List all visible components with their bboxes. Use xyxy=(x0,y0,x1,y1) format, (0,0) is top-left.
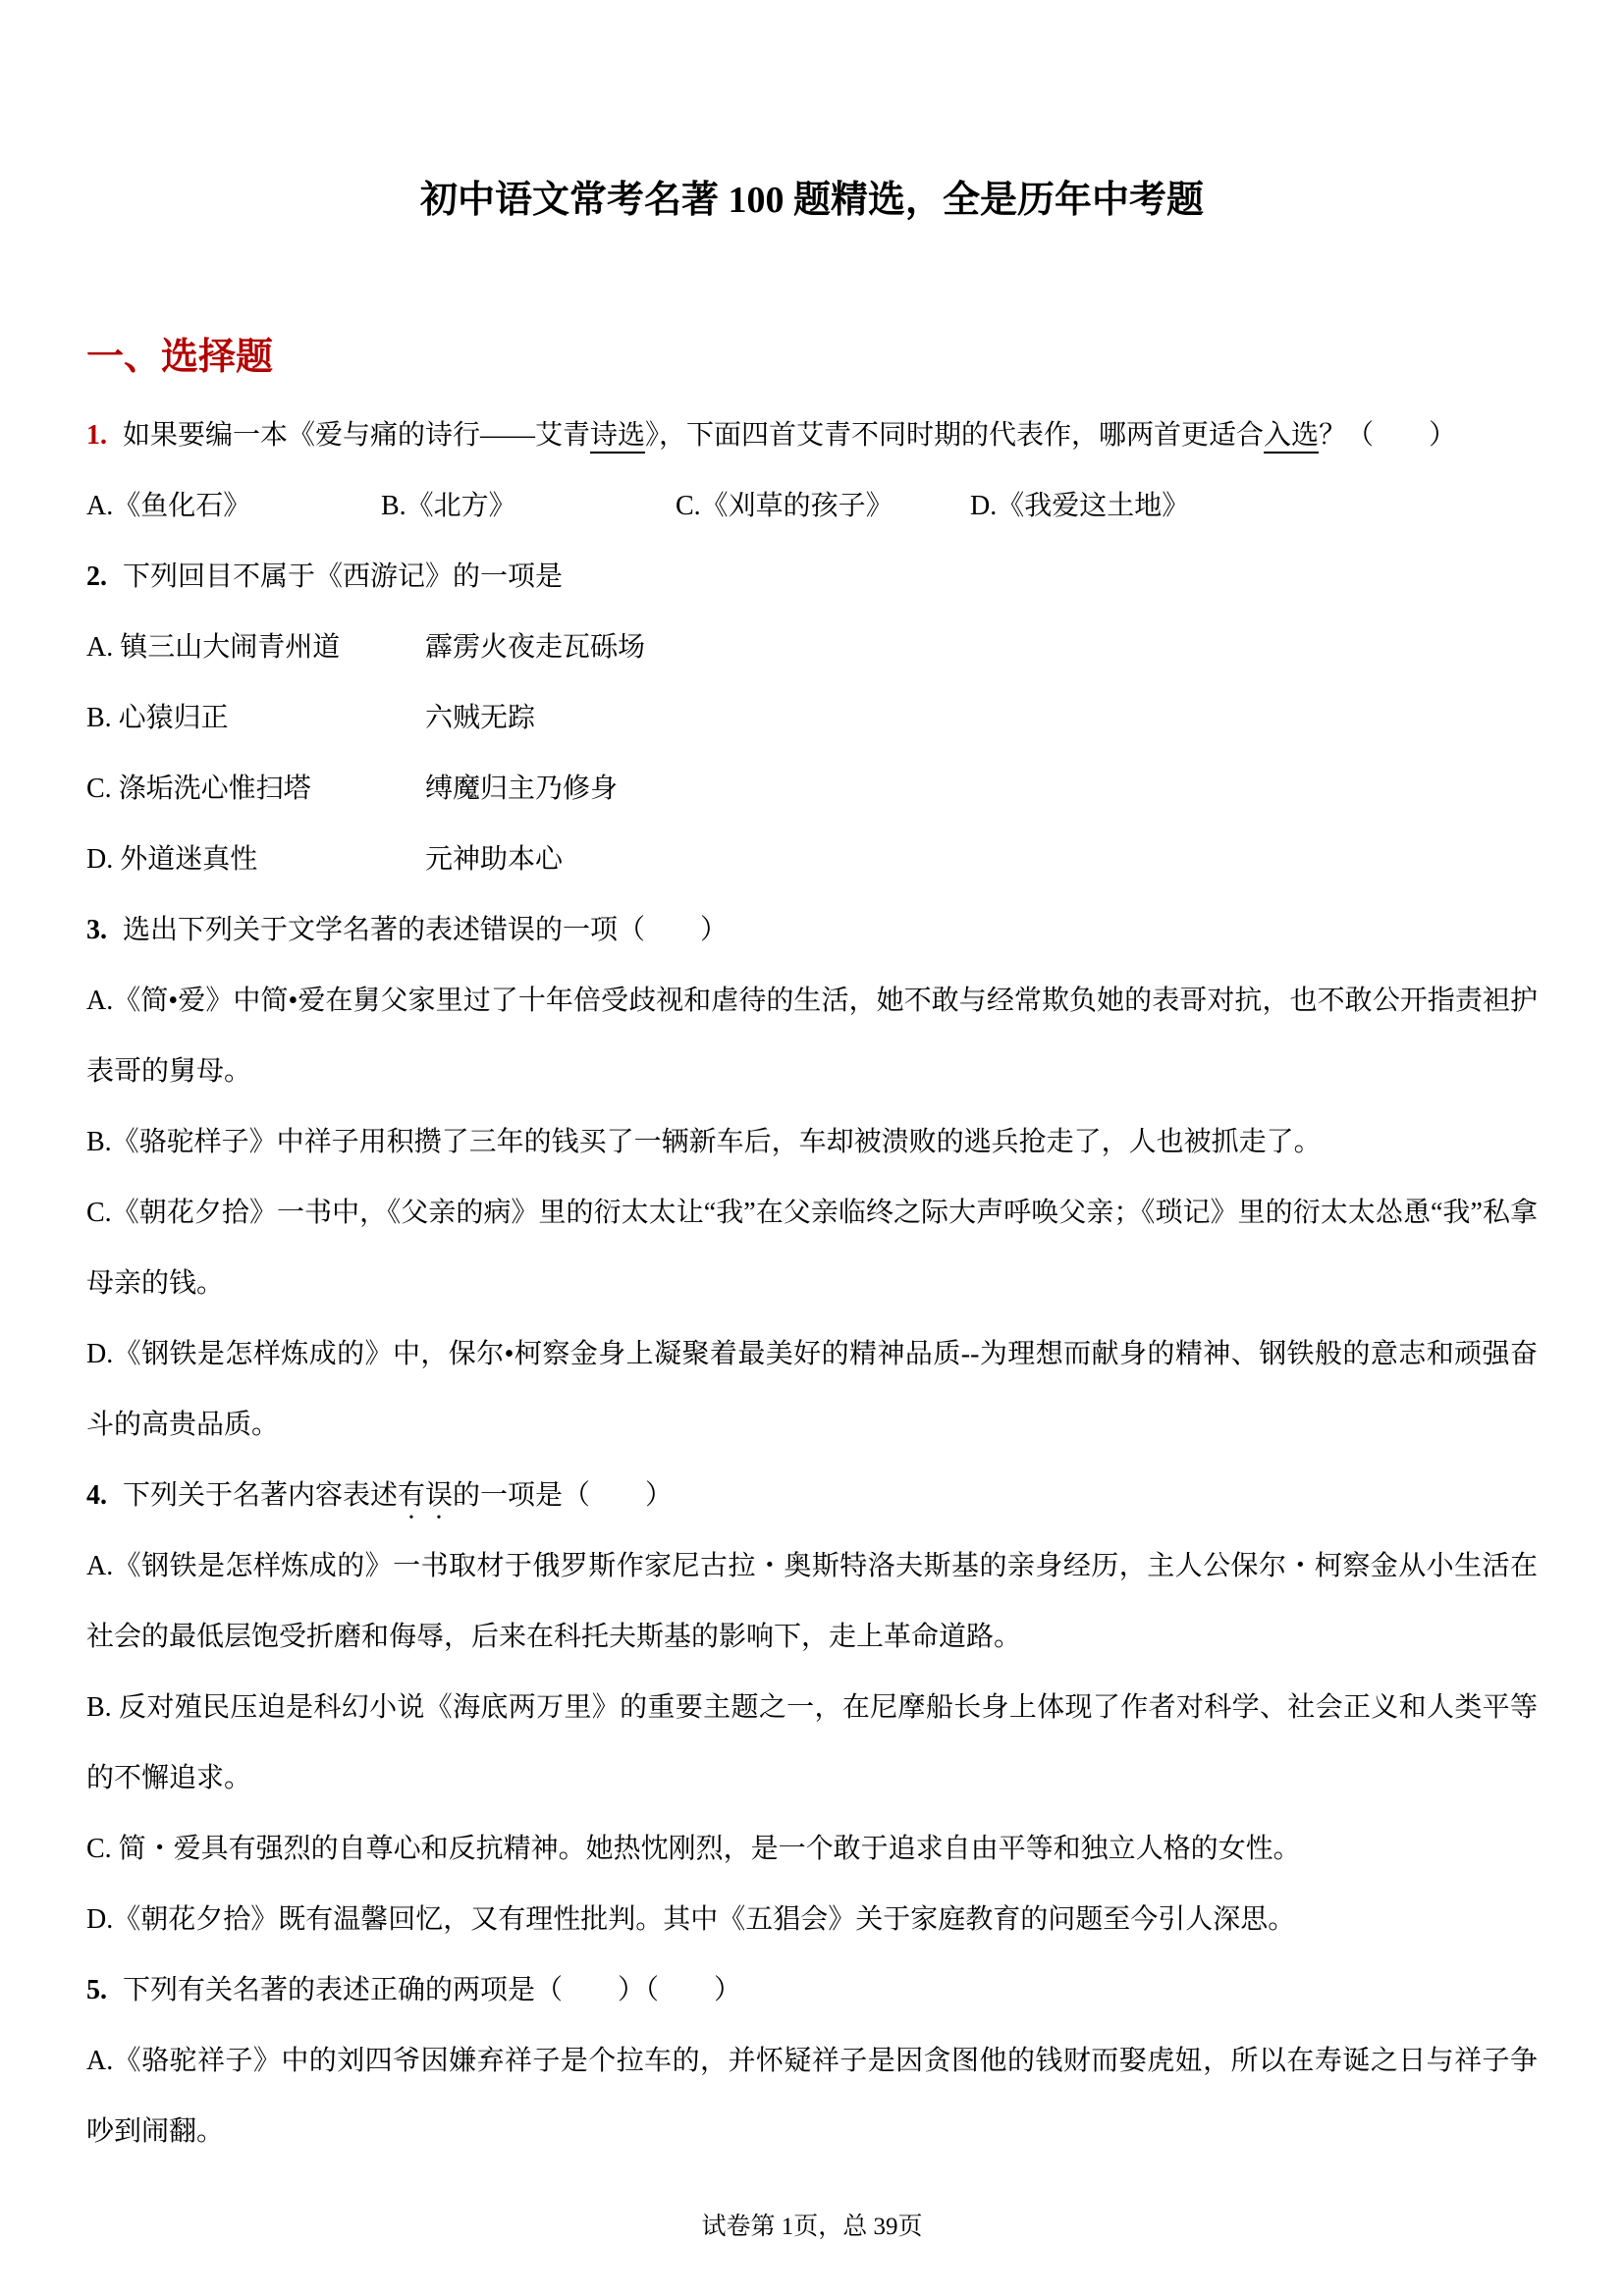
question-2-option-b-right: 六贼无踪 xyxy=(425,703,535,733)
section-heading: 一、选择题 xyxy=(86,337,1538,380)
question-3-option-c: C.《朝花夕拾》一书中，《父亲的病》里的衍太太让“我”在父亲临终之际大声呼唤父亲… xyxy=(86,1178,1538,1319)
question-5-stem: 5.下列有关名著的表述正确的两项是（ ）（ ） xyxy=(86,1955,1538,2026)
page-footer: 试卷第 1页，总 39页 xyxy=(0,2213,1624,2242)
question-1-option-b: B.《北方》 xyxy=(381,471,676,542)
question-2-stem: 2.下列回目不属于《西游记》的一项是 xyxy=(86,542,1538,613)
question-3-option-a: A.《简•爱》中简•爱在舅父家里过了十年倍受歧视和虐待的生活，她不敢与经常欺负她… xyxy=(86,966,1538,1107)
question-1-option-d: D.《我爱这土地》 xyxy=(970,471,1189,542)
question-2-option-b-left: B. 心猿归正 xyxy=(86,683,425,754)
question-4-number: 4. xyxy=(86,1480,107,1511)
question-2-option-c-left: C. 涤垢洗心惟扫塔 xyxy=(86,754,425,825)
question-4-option-c: C. 简・爱具有强烈的自尊心和反抗精神。她热忱刚烈，是一个敢于追求自由平等和独立… xyxy=(86,1814,1538,1885)
question-2-option-b: B. 心猿归正六贼无踪 xyxy=(86,683,1538,754)
question-4-stem-text-2: 的一项是（ ） xyxy=(453,1480,673,1511)
question-2-number: 2. xyxy=(86,561,107,592)
question-4-stem: 4.下列关于名著内容表述有误的一项是（ ） xyxy=(86,1461,1538,1531)
question-2-option-d: D. 外道迷真性元神助本心 xyxy=(86,825,1538,895)
question-2-option-c: C. 涤垢洗心惟扫塔缚魔归主乃修身 xyxy=(86,754,1538,825)
document-title: 初中语文常考名著 100 题精选，全是历年中考题 xyxy=(86,180,1538,223)
question-1-stem-text-3: ？（ ） xyxy=(1319,420,1456,451)
question-5-number: 5. xyxy=(86,1975,107,2005)
question-4-emphasized: 有误 xyxy=(398,1480,453,1511)
question-1-stem: 1.如果要编一本《爱与痛的诗行——艾青诗选》，下面四首艾青不同时期的代表作，哪两… xyxy=(86,400,1538,471)
question-3-option-d: D.《钢铁是怎样炼成的》中，保尔•柯察金身上凝聚着最美好的精神品质--为理想而献… xyxy=(86,1319,1538,1461)
question-1-option-a: A.《鱼化石》 xyxy=(86,471,381,542)
question-2-option-a-left: A. 镇三山大闹青州道 xyxy=(86,613,425,683)
question-1-number: 1. xyxy=(86,420,107,451)
question-1-underlined-1: 诗选 xyxy=(590,420,645,451)
question-3-stem-text: 选出下列关于文学名著的表述错误的一项（ ） xyxy=(123,915,728,945)
question-4-option-a: A.《钢铁是怎样炼成的》一书取材于俄罗斯作家尼古拉・奥斯特洛夫斯基的亲身经历，主… xyxy=(86,1531,1538,1673)
question-4-option-b: B. 反对殖民压迫是科幻小说《海底两万里》的重要主题之一，在尼摩船长身上体现了作… xyxy=(86,1673,1538,1814)
question-5-option-a: A.《骆驼祥子》中的刘四爷因嫌弃祥子是个拉车的，并怀疑祥子是因贪图他的钱财而娶虎… xyxy=(86,2026,1538,2167)
question-4-stem-text-1: 下列关于名著内容表述 xyxy=(123,1480,398,1511)
question-5-stem-text: 下列有关名著的表述正确的两项是（ ）（ ） xyxy=(123,1975,741,2005)
question-1-option-c: C.《刈草的孩子》 xyxy=(676,471,970,542)
question-2-option-d-right: 元神助本心 xyxy=(425,844,563,875)
question-list: 1.如果要编一本《爱与痛的诗行——艾青诗选》，下面四首艾青不同时期的代表作，哪两… xyxy=(86,400,1538,2167)
question-3-stem: 3.选出下列关于文学名著的表述错误的一项（ ） xyxy=(86,895,1538,966)
question-2-option-d-left: D. 外道迷真性 xyxy=(86,825,425,895)
question-1-stem-text-2: 》，下面四首艾青不同时期的代表作，哪两首更适合 xyxy=(645,420,1264,451)
question-2-option-c-right: 缚魔归主乃修身 xyxy=(425,774,618,804)
question-2-option-a: A. 镇三山大闹青州道霹雳火夜走瓦砾场 xyxy=(86,613,1538,683)
question-1-stem-text-1: 如果要编一本《爱与痛的诗行——艾青 xyxy=(123,420,590,451)
question-2-option-a-right: 霹雳火夜走瓦砾场 xyxy=(425,632,645,663)
question-3-number: 3. xyxy=(86,915,107,945)
question-1-options: A.《鱼化石》 B.《北方》 C.《刈草的孩子》 D.《我爱这土地》 xyxy=(86,471,1538,542)
question-1-underlined-2: 入选 xyxy=(1264,420,1319,451)
question-2-stem-text: 下列回目不属于《西游记》的一项是 xyxy=(123,561,563,592)
exam-page: 初中语文常考名著 100 题精选，全是历年中考题 一、选择题 1.如果要编一本《… xyxy=(0,0,1624,2296)
question-3-option-b: B.《骆驼样子》中祥子用积攒了三年的钱买了一辆新车后，车却被溃败的逃兵抢走了，人… xyxy=(86,1107,1538,1178)
question-4-option-d: D.《朝花夕拾》既有温馨回忆，又有理性批判。其中《五猖会》关于家庭教育的问题至今… xyxy=(86,1885,1538,1955)
